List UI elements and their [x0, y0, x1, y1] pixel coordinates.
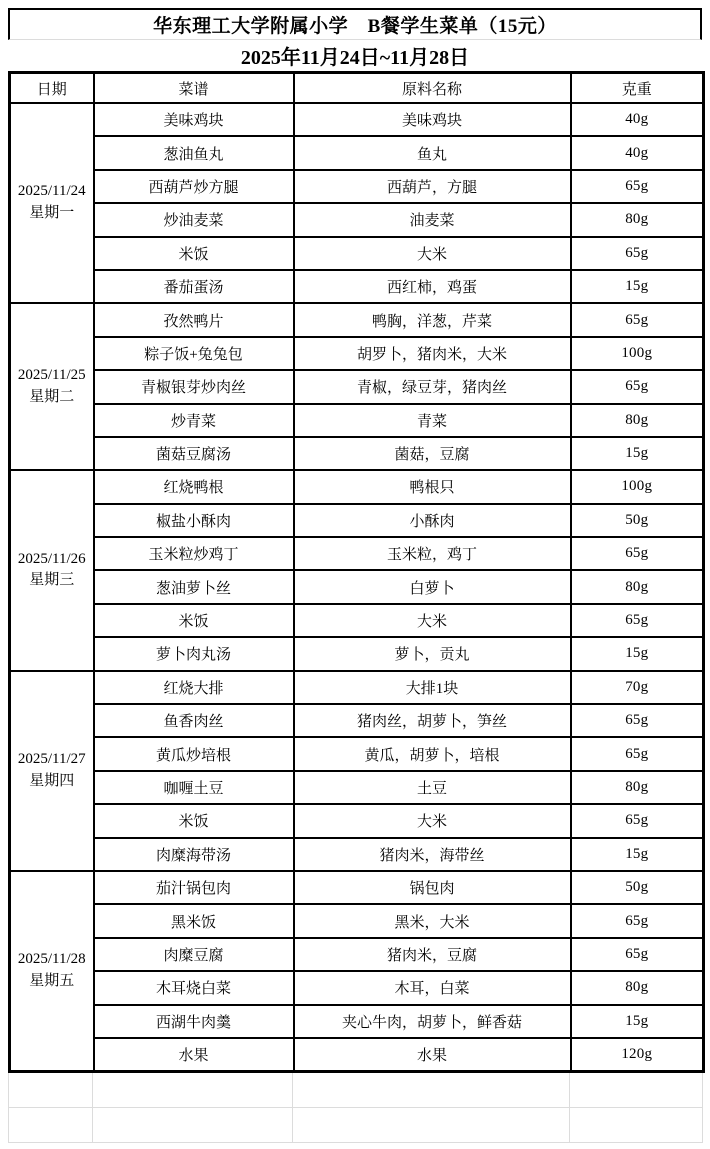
menu-row: 黄瓜炒培根黄瓜，胡萝卜，培根65g: [10, 737, 704, 770]
weekday-text: 星期二: [11, 387, 93, 409]
date-cell: 2025/11/24星期一: [10, 103, 94, 303]
empty-grid-row: [9, 1108, 703, 1143]
ingredients-cell: 猪肉米，海带丝: [294, 838, 571, 871]
weekday-text: 星期一: [11, 203, 93, 225]
menu-row: 椒盐小酥肉小酥肉50g: [10, 504, 704, 537]
dish-cell: 粽子饭+兔兔包: [94, 337, 294, 370]
ingredients-cell: 黄瓜，胡萝卜，培根: [294, 737, 571, 770]
weight-cell: 65g: [571, 237, 704, 270]
weight-cell: 65g: [571, 904, 704, 937]
menu-row: 木耳烧白菜木耳，白菜80g: [10, 971, 704, 1004]
dish-cell: 玉米粒炒鸡丁: [94, 537, 294, 570]
dish-cell: 葱油萝卜丝: [94, 570, 294, 603]
weight-cell: 15g: [571, 838, 704, 871]
dish-cell: 黑米饭: [94, 904, 294, 937]
dish-cell: 美味鸡块: [94, 103, 294, 136]
weight-cell: 65g: [571, 170, 704, 203]
weight-cell: 70g: [571, 671, 704, 704]
dish-cell: 椒盐小酥肉: [94, 504, 294, 537]
col-header-date: 日期: [10, 73, 94, 104]
weight-cell: 65g: [571, 938, 704, 971]
date-cell: 2025/11/28星期五: [10, 871, 94, 1072]
weight-cell: 100g: [571, 337, 704, 370]
weight-cell: 80g: [571, 203, 704, 236]
empty-cell: [9, 1108, 93, 1143]
col-header-ingredients: 原料名称: [294, 73, 571, 104]
dish-cell: 肉糜豆腐: [94, 938, 294, 971]
weight-cell: 65g: [571, 804, 704, 837]
ingredients-cell: 猪肉丝，胡萝卜，笋丝: [294, 704, 571, 737]
weight-cell: 80g: [571, 771, 704, 804]
dish-cell: 番茄蛋汤: [94, 270, 294, 303]
dish-cell: 红烧大排: [94, 671, 294, 704]
ingredients-cell: 萝卜，贡丸: [294, 637, 571, 670]
dish-cell: 炒油麦菜: [94, 203, 294, 236]
menu-row: 葱油鱼丸鱼丸40g: [10, 136, 704, 169]
menu-row: 萝卜肉丸汤萝卜，贡丸15g: [10, 637, 704, 670]
ingredients-cell: 青菜: [294, 404, 571, 437]
menu-row: 黑米饭黑米，大米65g: [10, 904, 704, 937]
ingredients-cell: 白萝卜: [294, 570, 571, 603]
menu-row: 2025/11/28星期五茄汁锅包肉锅包肉50g: [10, 871, 704, 904]
menu-row: 葱油萝卜丝白萝卜80g: [10, 570, 704, 603]
menu-row: 2025/11/26星期三红烧鸭根鸭根只100g: [10, 470, 704, 503]
page-title: 华东理工大学附属小学 B餐学生菜单（15元）: [8, 8, 702, 40]
ingredients-cell: 菌菇，豆腐: [294, 437, 571, 470]
ingredients-cell: 夹心牛肉，胡萝卜，鲜香菇: [294, 1005, 571, 1038]
menu-row: 鱼香肉丝猪肉丝，胡萝卜，笋丝65g: [10, 704, 704, 737]
ingredients-cell: 鸭根只: [294, 470, 571, 503]
dish-cell: 肉糜海带汤: [94, 838, 294, 871]
ingredients-cell: 胡罗卜，猪肉米，大米: [294, 337, 571, 370]
ingredients-cell: 美味鸡块: [294, 103, 571, 136]
ingredients-cell: 小酥肉: [294, 504, 571, 537]
weight-cell: 65g: [571, 537, 704, 570]
ingredients-cell: 鱼丸: [294, 136, 571, 169]
dish-cell: 鱼香肉丝: [94, 704, 294, 737]
ingredients-cell: 猪肉米，豆腐: [294, 938, 571, 971]
date-text: 2025/11/28: [11, 949, 93, 971]
menu-row: 水果水果120g: [10, 1038, 704, 1072]
dish-cell: 萝卜肉丸汤: [94, 637, 294, 670]
dish-cell: 黄瓜炒培根: [94, 737, 294, 770]
dish-cell: 孜然鸭片: [94, 303, 294, 336]
weight-cell: 100g: [571, 470, 704, 503]
menu-row: 肉糜豆腐猪肉米，豆腐65g: [10, 938, 704, 971]
menu-row: 青椒银芽炒肉丝青椒，绿豆芽，猪肉丝65g: [10, 370, 704, 403]
ingredients-cell: 大米: [294, 804, 571, 837]
ingredients-cell: 鸭胸，洋葱，芹菜: [294, 303, 571, 336]
weight-cell: 120g: [571, 1038, 704, 1072]
empty-cell: [293, 1108, 570, 1143]
weight-cell: 50g: [571, 504, 704, 537]
dish-cell: 菌菇豆腐汤: [94, 437, 294, 470]
dish-cell: 葱油鱼丸: [94, 136, 294, 169]
menu-row: 西湖牛肉羹夹心牛肉，胡萝卜，鲜香菇15g: [10, 1005, 704, 1038]
date-range-subtitle: 2025年11月24日~11月28日: [8, 40, 702, 71]
empty-grid-row: [9, 1073, 703, 1108]
ingredients-cell: 油麦菜: [294, 203, 571, 236]
weight-cell: 50g: [571, 871, 704, 904]
ingredients-cell: 大米: [294, 237, 571, 270]
ingredients-cell: 木耳，白菜: [294, 971, 571, 1004]
menu-table: 日期 菜谱 原料名称 克重 2025/11/24星期一美味鸡块美味鸡块40g葱油…: [8, 71, 705, 1073]
dish-cell: 青椒银芽炒肉丝: [94, 370, 294, 403]
weight-cell: 65g: [571, 604, 704, 637]
ingredients-cell: 黑米，大米: [294, 904, 571, 937]
menu-row: 咖喱土豆土豆80g: [10, 771, 704, 804]
weight-cell: 40g: [571, 136, 704, 169]
dish-cell: 米饭: [94, 804, 294, 837]
weight-cell: 15g: [571, 637, 704, 670]
date-cell: 2025/11/26星期三: [10, 470, 94, 670]
menu-row: 玉米粒炒鸡丁玉米粒，鸡丁65g: [10, 537, 704, 570]
dish-cell: 水果: [94, 1038, 294, 1072]
menu-row: 米饭大米65g: [10, 604, 704, 637]
dish-cell: 米饭: [94, 237, 294, 270]
date-cell: 2025/11/27星期四: [10, 671, 94, 871]
dish-cell: 红烧鸭根: [94, 470, 294, 503]
menu-row: 粽子饭+兔兔包胡罗卜，猪肉米，大米100g: [10, 337, 704, 370]
date-cell: 2025/11/25星期二: [10, 303, 94, 470]
menu-row: 2025/11/24星期一美味鸡块美味鸡块40g: [10, 103, 704, 136]
dish-cell: 咖喱土豆: [94, 771, 294, 804]
weight-cell: 15g: [571, 437, 704, 470]
empty-cell: [93, 1073, 293, 1108]
weekday-text: 星期三: [11, 570, 93, 592]
ingredients-cell: 玉米粒，鸡丁: [294, 537, 571, 570]
menu-row: 2025/11/25星期二孜然鸭片鸭胸，洋葱，芹菜65g: [10, 303, 704, 336]
weight-cell: 40g: [571, 103, 704, 136]
ingredients-cell: 水果: [294, 1038, 571, 1072]
menu-row: 炒青菜青菜80g: [10, 404, 704, 437]
menu-row: 菌菇豆腐汤菌菇，豆腐15g: [10, 437, 704, 470]
dish-cell: 西葫芦炒方腿: [94, 170, 294, 203]
date-text: 2025/11/27: [11, 749, 93, 771]
menu-row: 肉糜海带汤猪肉米，海带丝15g: [10, 838, 704, 871]
date-text: 2025/11/25: [11, 365, 93, 387]
weight-cell: 80g: [571, 971, 704, 1004]
weight-cell: 15g: [571, 1005, 704, 1038]
col-header-weight: 克重: [571, 73, 704, 104]
menu-row: 米饭大米65g: [10, 804, 704, 837]
weight-cell: 65g: [571, 303, 704, 336]
ingredients-cell: 青椒，绿豆芽，猪肉丝: [294, 370, 571, 403]
menu-row: 番茄蛋汤西红柿，鸡蛋15g: [10, 270, 704, 303]
dish-cell: 炒青菜: [94, 404, 294, 437]
menu-sheet: 华东理工大学附属小学 B餐学生菜单（15元） 2025年11月24日~11月28…: [8, 8, 702, 1143]
empty-cell: [570, 1108, 703, 1143]
weekday-text: 星期四: [11, 771, 93, 793]
weight-cell: 15g: [571, 270, 704, 303]
weekday-text: 星期五: [11, 971, 93, 993]
weight-cell: 80g: [571, 404, 704, 437]
ingredients-cell: 大米: [294, 604, 571, 637]
col-header-dish: 菜谱: [94, 73, 294, 104]
dish-cell: 米饭: [94, 604, 294, 637]
ingredients-cell: 大排1块: [294, 671, 571, 704]
empty-grid: [8, 1073, 703, 1143]
ingredients-cell: 土豆: [294, 771, 571, 804]
weight-cell: 65g: [571, 737, 704, 770]
empty-cell: [293, 1073, 570, 1108]
empty-cell: [570, 1073, 703, 1108]
menu-row: 炒油麦菜油麦菜80g: [10, 203, 704, 236]
header-row: 日期 菜谱 原料名称 克重: [10, 73, 704, 104]
dish-cell: 木耳烧白菜: [94, 971, 294, 1004]
date-text: 2025/11/24: [11, 181, 93, 203]
menu-row: 西葫芦炒方腿西葫芦，方腿65g: [10, 170, 704, 203]
ingredients-cell: 西葫芦，方腿: [294, 170, 571, 203]
menu-row: 2025/11/27星期四红烧大排大排1块70g: [10, 671, 704, 704]
weight-cell: 80g: [571, 570, 704, 603]
ingredients-cell: 西红柿，鸡蛋: [294, 270, 571, 303]
menu-row: 米饭大米65g: [10, 237, 704, 270]
empty-cell: [93, 1108, 293, 1143]
weight-cell: 65g: [571, 704, 704, 737]
weight-cell: 65g: [571, 370, 704, 403]
ingredients-cell: 锅包肉: [294, 871, 571, 904]
date-text: 2025/11/26: [11, 549, 93, 571]
dish-cell: 西湖牛肉羹: [94, 1005, 294, 1038]
dish-cell: 茄汁锅包肉: [94, 871, 294, 904]
empty-cell: [9, 1073, 93, 1108]
